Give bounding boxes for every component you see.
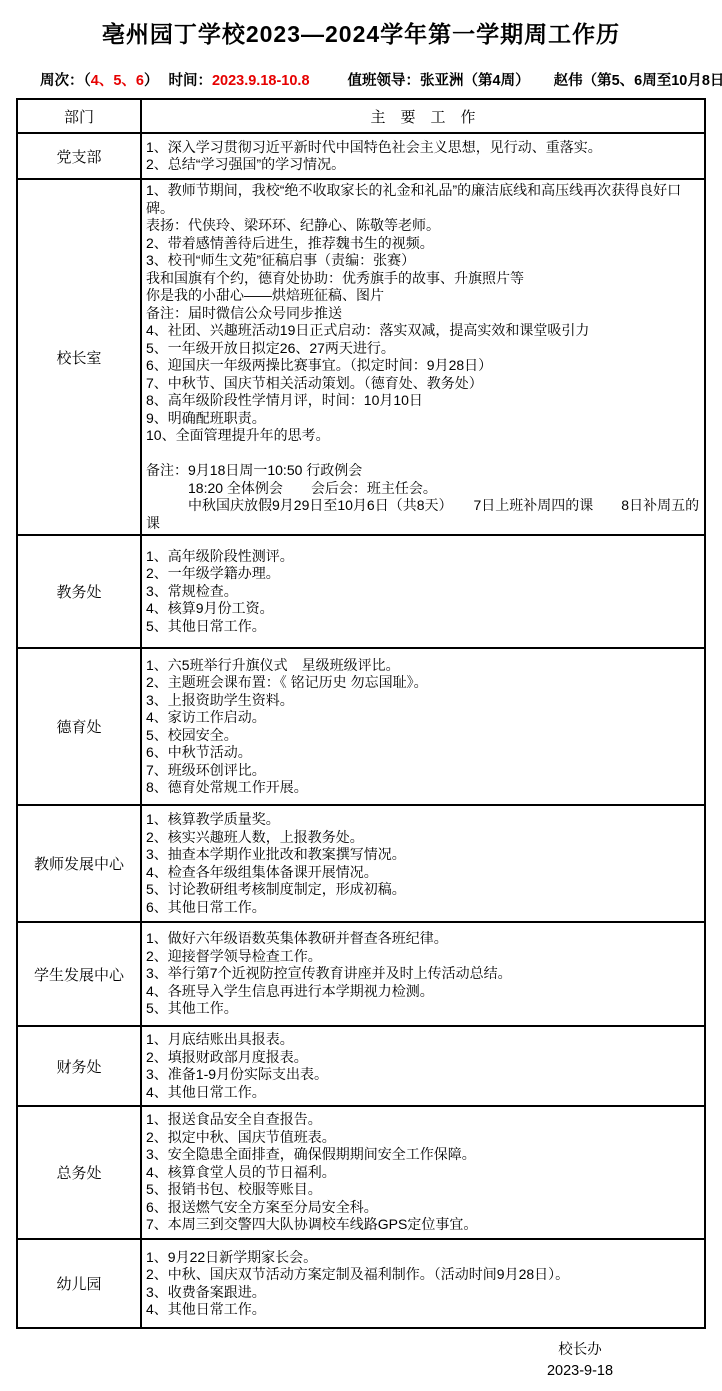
table-row: 德育处1、六5班举行升旗仪式 星级班级评比。2、主题班会课布置：《 铭记历史 勿… <box>17 648 705 805</box>
work-line: 4、社团、兴趣班活动19日正式启动：落实双减，提高实效和课堂吸引力 <box>146 322 700 340</box>
dept-column-header: 部门 <box>17 99 141 133</box>
work-line: 3、常规检查。 <box>146 583 700 601</box>
work-line: 5、一年级开放日拟定26、27两天进行。 <box>146 340 700 358</box>
footer-office: 校长办 <box>500 1340 660 1361</box>
table-row: 总务处1、报送食品安全自查报告。2、拟定中秋、国庆节值班表。3、安全隐患全面排查… <box>17 1106 705 1239</box>
work-cell: 1、报送食品安全自查报告。2、拟定中秋、国庆节值班表。3、安全隐患全面排查，确保… <box>141 1106 705 1239</box>
work-line: 我和国旗有个约，德育处协助：优秀旗手的故事、升旗照片等 <box>146 270 700 288</box>
table-row: 学生发展中心1、做好六年级语数英集体教研并督查各班纪律。2、迎接督学领导检查工作… <box>17 922 705 1026</box>
work-line: 2、总结“学习强国”的学习情况。 <box>146 156 700 174</box>
work-line: 2、带着感情善待后进生，推荐魏书生的视频。 <box>146 235 700 253</box>
work-cell: 1、教师节期间，我校“绝不收取家长的礼金和礼品”的廉洁底线和高压线再次获得良好口… <box>141 179 705 535</box>
work-line: 1、月底结账出具报表。 <box>146 1031 700 1049</box>
work-line: 3、校刊“师生文苑”征稿启事（责编：张赛） <box>146 252 700 270</box>
dept-cell: 幼儿园 <box>17 1239 141 1328</box>
work-line: 6、迎国庆一年级两操比赛事宜。（拟定时间：9月28日） <box>146 357 700 375</box>
dept-cell: 教务处 <box>17 535 141 648</box>
work-line: 7、本周三到交警四大队协调校车线路GPS定位事宜。 <box>146 1216 700 1234</box>
work-line: 2、核实兴趣班人数，上报教务处。 <box>146 829 700 847</box>
work-line: 表扬：代侠玲、梁环环、纪静心、陈敬等老师。 <box>146 217 700 235</box>
work-line: 6、报送燃气安全方案至分局安全科。 <box>146 1199 700 1217</box>
work-line: 7、班级环创评比。 <box>146 762 700 780</box>
work-line: 6、其他日常工作。 <box>146 899 700 917</box>
dept-cell: 校长室 <box>17 179 141 535</box>
work-line: 2、拟定中秋、国庆节值班表。 <box>146 1129 700 1147</box>
work-line: 3、举行第7个近视防控宣传教育讲座并及时上传活动总结。 <box>146 965 700 983</box>
work-line: 3、上报资助学生资料。 <box>146 692 700 710</box>
page-title: 亳州园丁学校2023—2024学年第一学期周工作历 <box>0 16 722 49</box>
work-line: 5、其他工作。 <box>146 1000 700 1018</box>
duty-leader-2: 赵伟（第5、6周至10月8日） <box>554 73 722 89</box>
footer-signature: 校长办 2023-9-18 <box>500 1340 660 1382</box>
work-line: 8、高年级阶段性学情月评，时间：10月10日 <box>146 392 700 410</box>
work-line: 4、其他日常工作。 <box>146 1301 700 1319</box>
meta-line: 周次：（4、5、6）时间：2023.9.18-10.8值班领导：张亚洲（第4周）… <box>40 69 722 90</box>
work-line: 你是我的小甜心——烘焙班征稿、图片 <box>146 287 700 305</box>
work-line: 备注：届时微信公众号同步推送 <box>146 305 700 323</box>
work-line: 1、教师节期间，我校“绝不收取家长的礼金和礼品”的廉洁底线和高压线再次获得良好口… <box>146 182 700 217</box>
work-line: 4、其他日常工作。 <box>146 1084 700 1102</box>
table-row: 财务处1、月底结账出具报表。2、填报财政部月度报表。3、准备1-9月份实际支出表… <box>17 1026 705 1106</box>
work-line: 5、报销书包、校服等账目。 <box>146 1181 700 1199</box>
work-column-header: 主 要 工 作 <box>141 99 705 133</box>
table-row: 党支部1、深入学习贯彻习近平新时代中国特色社会主义思想，见行动、重落实。2、总结… <box>17 133 705 179</box>
work-line: 2、中秋、国庆双节活动方案定制及福利制作。（活动时间9月28日）。 <box>146 1266 700 1284</box>
work-line: 4、各班导入学生信息再进行本学期视力检测。 <box>146 983 700 1001</box>
table-row: 教师发展中心1、核算教学质量奖。2、核实兴趣班人数，上报教务处。3、抽查本学期作… <box>17 805 705 922</box>
work-line: 2、主题班会课布置：《 铭记历史 勿忘国耻》。 <box>146 674 700 692</box>
work-line: 1、做好六年级语数英集体教研并督查各班纪律。 <box>146 930 700 948</box>
work-line: 4、核算食堂人员的节日福利。 <box>146 1164 700 1182</box>
work-line: 备注：9月18日周一10:50 行政例会 <box>146 462 700 480</box>
work-line: 1、六5班举行升旗仪式 星级班级评比。 <box>146 657 700 675</box>
dept-cell: 财务处 <box>17 1026 141 1106</box>
work-line: 3、抽查本学期作业批改和教案撰写情况。 <box>146 846 700 864</box>
work-line: 3、安全隐患全面排查，确保假期期间安全工作保障。 <box>146 1146 700 1164</box>
work-line: 10、全面管理提升年的思考。 <box>146 427 700 445</box>
work-line: 1、核算教学质量奖。 <box>146 811 700 829</box>
work-line: 2、填报财政部月度报表。 <box>146 1049 700 1067</box>
footer-date: 2023-9-18 <box>500 1361 660 1382</box>
work-line: 8、德育处常规工作开展。 <box>146 779 700 797</box>
work-line: 5、校园安全。 <box>146 727 700 745</box>
work-cell: 1、9月22日新学期家长会。2、中秋、国庆双节活动方案定制及福利制作。（活动时间… <box>141 1239 705 1328</box>
work-line: 5、讨论教研组考核制度制定，形成初稿。 <box>146 881 700 899</box>
week-numbers: 4、5、6 <box>91 73 144 89</box>
work-cell: 1、做好六年级语数英集体教研并督查各班纪律。2、迎接督学领导检查工作。3、举行第… <box>141 922 705 1026</box>
duty-leader-1: 值班领导：张亚洲（第4周） <box>348 73 530 89</box>
work-table-body: 党支部1、深入学习贯彻习近平新时代中国特色社会主义思想，见行动、重落实。2、总结… <box>17 133 705 1328</box>
work-line: 6、中秋节活动。 <box>146 744 700 762</box>
table-row: 幼儿园1、9月22日新学期家长会。2、中秋、国庆双节活动方案定制及福利制作。（活… <box>17 1239 705 1328</box>
work-cell: 1、月底结账出具报表。2、填报财政部月度报表。3、准备1-9月份实际支出表。4、… <box>141 1026 705 1106</box>
work-line: 9、明确配班职责。 <box>146 410 700 428</box>
work-line: 4、检查各年级组集体备课开展情况。 <box>146 864 700 882</box>
time-label: 时间： <box>168 73 212 89</box>
dept-cell: 党支部 <box>17 133 141 179</box>
work-line: 1、报送食品安全自查报告。 <box>146 1111 700 1129</box>
work-cell: 1、六5班举行升旗仪式 星级班级评比。2、主题班会课布置：《 铭记历史 勿忘国耻… <box>141 648 705 805</box>
week-label: 周次：（ <box>40 73 91 89</box>
work-cell: 1、核算教学质量奖。2、核实兴趣班人数，上报教务处。3、抽查本学期作业批改和教案… <box>141 805 705 922</box>
work-line: 3、收费备案跟进。 <box>146 1284 700 1302</box>
work-line: 2、一年级学籍办理。 <box>146 565 700 583</box>
dept-cell: 德育处 <box>17 648 141 805</box>
work-line: 1、高年级阶段性测评。 <box>146 548 700 566</box>
work-cell: 1、高年级阶段性测评。2、一年级学籍办理。3、常规检查。4、核算9月份工资。5、… <box>141 535 705 648</box>
work-line: 3、准备1-9月份实际支出表。 <box>146 1066 700 1084</box>
work-line: 4、核算9月份工资。 <box>146 600 700 618</box>
work-line: 1、9月22日新学期家长会。 <box>146 1249 700 1267</box>
work-table: 部门 主 要 工 作 党支部1、深入学习贯彻习近平新时代中国特色社会主义思想，见… <box>16 98 706 1329</box>
dept-cell: 总务处 <box>17 1106 141 1239</box>
time-value: 2023.9.18-10.8 <box>212 73 310 89</box>
work-line: 5、其他日常工作。 <box>146 618 700 636</box>
work-line <box>146 445 700 463</box>
header-row: 部门 主 要 工 作 <box>17 99 705 133</box>
work-table-header: 部门 主 要 工 作 <box>17 99 705 133</box>
dept-cell: 教师发展中心 <box>17 805 141 922</box>
work-line: 4、家访工作启动。 <box>146 709 700 727</box>
work-line: 中秋国庆放假9月29日至10月6日（共8天） 7日上班补周四的课 8日补周五的课 <box>146 497 700 532</box>
week-close: ） <box>144 73 159 89</box>
work-line: 7、中秋节、国庆节相关活动策划。（德育处、教务处） <box>146 375 700 393</box>
table-row: 教务处1、高年级阶段性测评。2、一年级学籍办理。3、常规检查。4、核算9月份工资… <box>17 535 705 648</box>
work-line: 18:20 全体例会 会后会：班主任会。 <box>146 480 700 498</box>
work-cell: 1、深入学习贯彻习近平新时代中国特色社会主义思想，见行动、重落实。2、总结“学习… <box>141 133 705 179</box>
dept-cell: 学生发展中心 <box>17 922 141 1026</box>
work-line: 2、迎接督学领导检查工作。 <box>146 948 700 966</box>
work-line: 1、深入学习贯彻习近平新时代中国特色社会主义思想，见行动、重落实。 <box>146 139 700 157</box>
table-row: 校长室1、教师节期间，我校“绝不收取家长的礼金和礼品”的廉洁底线和高压线再次获得… <box>17 179 705 535</box>
